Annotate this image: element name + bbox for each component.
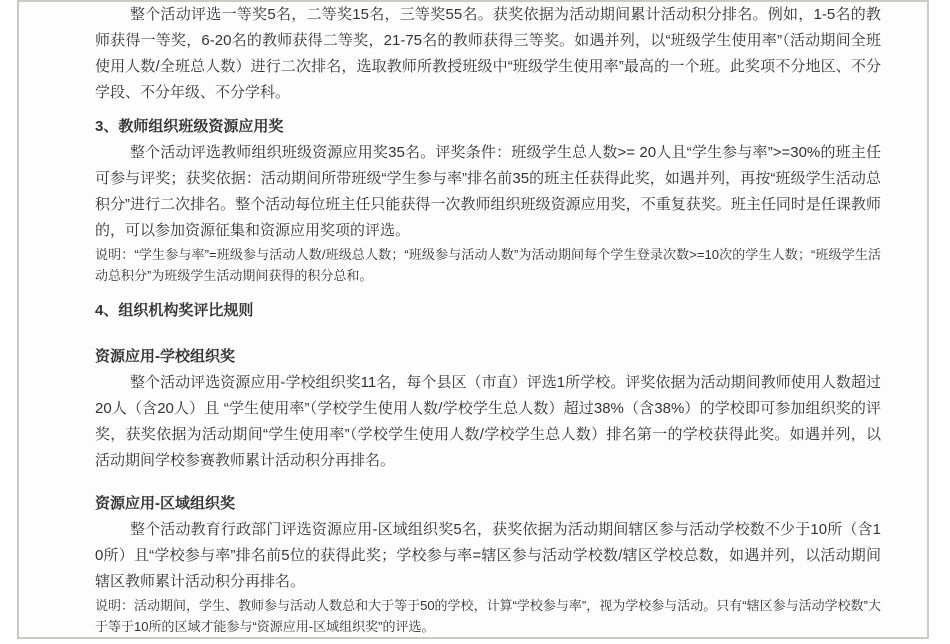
- note-school-participation-definition: 说明：活动期间，学生、教师参与活动人数总和大于等于50的学校，计算“学校参与率”…: [95, 595, 881, 637]
- page-viewport: 整个活动评选一等奖5名，二等奖15名，三等奖55名。获奖依据为活动期间累计活动积…: [0, 0, 950, 644]
- heading-organization-award-rules: 4、组织机构奖评比规则: [95, 298, 881, 324]
- paragraph-teacher-class-resource-award: 整个活动评选教师组织班级资源应用奖35名。评奖条件：班级学生总人数>= 20人且…: [95, 140, 881, 244]
- subheading-school-organization-award: 资源应用-学校组织奖: [95, 344, 881, 370]
- paragraph-school-organization-award: 整个活动评选资源应用-学校组织奖11名，每个县区（市直）评选1所学校。评奖依据为…: [95, 370, 881, 474]
- document-body: 整个活动评选一等奖5名，二等奖15名，三等奖55名。获奖依据为活动期间累计活动积…: [19, 2, 927, 637]
- heading-teacher-class-resource-award: 3、教师组织班级资源应用奖: [95, 114, 881, 140]
- subheading-region-organization-award: 资源应用-区域组织奖: [95, 491, 881, 517]
- paragraph-region-organization-award: 整个活动教育行政部门评选资源应用-区域组织奖5名，获奖依据为活动期间辖区参与活动…: [95, 517, 881, 595]
- paragraph-teacher-prize-ranking: 整个活动评选一等奖5名，二等奖15名，三等奖55名。获奖依据为活动期间累计活动积…: [95, 2, 881, 106]
- note-student-participation-definition: 说明：“学生参与率”=班级参与活动人数/班级总人数；“班级参与活动人数”为活动期…: [95, 244, 881, 286]
- document-page: 整个活动评选一等奖5名，二等奖15名，三等奖55名。获奖依据为活动期间累计活动积…: [17, 0, 929, 639]
